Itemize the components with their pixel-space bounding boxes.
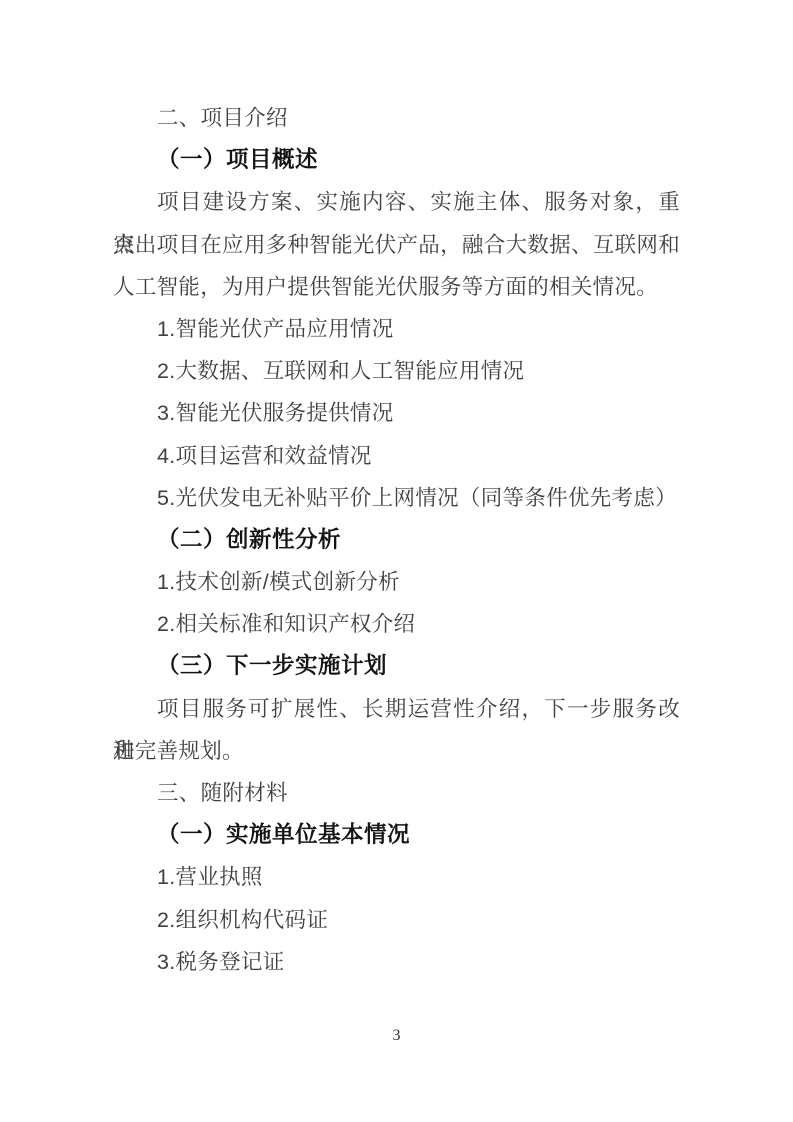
document-body: 二、项目介绍（一）项目概述项目建设方案、实施内容、实施主体、服务对象，重点突出项… (113, 97, 680, 983)
heading-line: （二）创新性分析 (113, 519, 680, 561)
heading-line: （一）项目概述 (113, 139, 680, 181)
text-line: 三、随附材料 (113, 772, 680, 814)
text-line: 项目建设方案、实施内容、实施主体、服务对象，重点 (113, 181, 680, 223)
text-line: 和完善规划。 (113, 730, 680, 772)
text-line: 1.营业执照 (113, 856, 680, 898)
text-line: 3.智能光伏服务提供情况 (113, 392, 680, 434)
text-line: 突出项目在应用多种智能光伏产品，融合大数据、互联网和 (113, 224, 680, 266)
text-line: 项目服务可扩展性、长期运营性介绍，下一步服务改进 (113, 688, 680, 730)
text-line: 2.大数据、互联网和人工智能应用情况 (113, 350, 680, 392)
page-number: 3 (393, 1027, 401, 1044)
text-line: 5.光伏发电无补贴平价上网情况（同等条件优先考虑） (113, 477, 680, 519)
document-page: 二、项目介绍（一）项目概述项目建设方案、实施内容、实施主体、服务对象，重点突出项… (0, 0, 793, 1122)
text-line: 2.组织机构代码证 (113, 899, 680, 941)
text-line: 1.技术创新/模式创新分析 (113, 561, 680, 603)
text-line: 2.相关标准和知识产权介绍 (113, 603, 680, 645)
text-line: 二、项目介绍 (113, 97, 680, 139)
heading-line: （一）实施单位基本情况 (113, 814, 680, 856)
heading-line: （三）下一步实施计划 (113, 645, 680, 687)
text-line: 4.项目运营和效益情况 (113, 435, 680, 477)
text-line: 1.智能光伏产品应用情况 (113, 308, 680, 350)
text-line: 3.税务登记证 (113, 941, 680, 983)
text-line: 人工智能，为用户提供智能光伏服务等方面的相关情况。 (113, 266, 680, 308)
page-footer: 3 (0, 1024, 793, 1048)
